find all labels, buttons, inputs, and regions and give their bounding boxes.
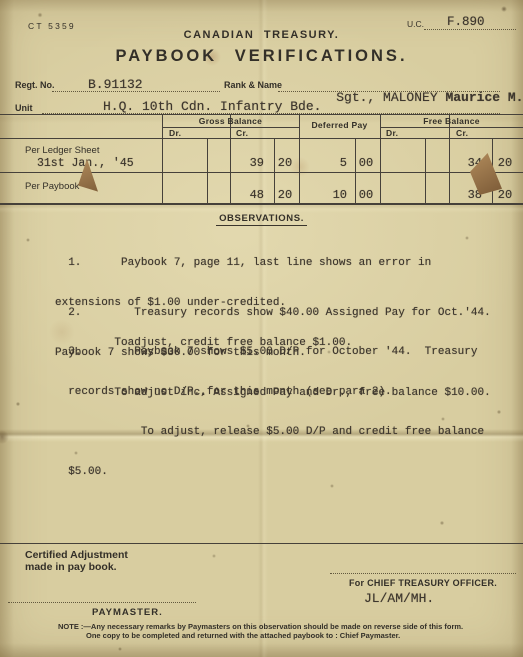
page-title: PAYBOOK VERIFICATIONS. [0, 47, 523, 66]
cell-free-cr-cents: 20 [494, 188, 516, 202]
cell-deferred-cents: 00 [357, 156, 375, 170]
observation-line: records show no D/P.,for this month (see… [55, 386, 484, 399]
cell-gross-cr-dollars: 48 [230, 188, 264, 202]
observation-paragraph-3: 3. Paybook 7 shows $5.00 D/P for October… [55, 319, 484, 507]
cell-free-cr-dollars: 38 [449, 188, 482, 202]
cell-deferred-dollars: 5 [299, 156, 347, 170]
table-line-header-bottom [0, 138, 523, 139]
observations-heading-wrap: OBSERVATIONS. [0, 208, 523, 226]
scanned-form: CT 5359 U.C. F.890 CANADIAN TREASURY. PA… [0, 0, 523, 657]
chief-officer-signature-line [330, 573, 516, 574]
cell-deferred-cents: 00 [357, 188, 375, 202]
table-border-bottom [0, 203, 523, 205]
observation-line: $5.00. [55, 466, 484, 479]
regt-no-label: Regt. No. [15, 80, 55, 90]
cell-gross-cr-cents: 20 [276, 188, 294, 202]
header-free-dr: Dr. [386, 128, 398, 138]
observations-heading: OBSERVATIONS. [216, 213, 307, 226]
cell-deferred-dollars: 10 [299, 188, 347, 202]
table-cents-divider [274, 138, 275, 204]
row-ledger-label: Per Ledger Sheet [25, 145, 99, 156]
observation-line: To adjust, release $5.00 D/P and credit … [55, 426, 484, 439]
header-free-balance: Free Balance [380, 116, 523, 126]
footer-divider [0, 543, 523, 544]
uc-value: F.890 [447, 15, 485, 29]
table-col-divider [162, 114, 163, 204]
regt-no-value: B.91132 [88, 77, 143, 92]
paymaster-signature-line [8, 602, 196, 603]
header-gross-dr: Dr. [169, 128, 181, 138]
rank-name-prefix: Sgt., MALONEY [336, 90, 445, 105]
certified-adjustment-line2: made in pay book. [25, 561, 117, 573]
table-border-top [0, 114, 523, 115]
row-paybook-label: Per Paybook [25, 181, 79, 192]
cell-gross-cr-dollars: 39 [230, 156, 264, 170]
header-gross-balance: Gross Balance [162, 116, 299, 126]
header-deferred-pay: Deferred Pay [299, 120, 380, 130]
table-col-divider [380, 114, 381, 204]
cell-free-cr-cents: 20 [494, 156, 516, 170]
table-cents-divider [355, 138, 356, 204]
table-line-free-header [380, 127, 523, 128]
table-line-row1-bottom [0, 172, 523, 173]
unit-label: Unit [15, 103, 33, 113]
header-free-cr: Cr. [456, 128, 468, 138]
observation-line: 3. Paybook 7 shows $5.00 D/P for October… [55, 346, 484, 359]
rank-name-label: Rank & Name [224, 80, 282, 90]
chief-officer-label: For CHIEF TREASURY OFFICER. [330, 578, 516, 588]
cell-gross-cr-cents: 20 [276, 156, 294, 170]
initials-value: JL/AM/MH. [364, 591, 434, 606]
note-line1: NOTE :—Any necessary remarks by Paymaste… [58, 622, 463, 631]
table-cents-divider [425, 138, 426, 204]
header-gross-cr: Cr. [236, 128, 248, 138]
unit-value: H.Q. 10th Cdn. Infantry Bde. [103, 99, 321, 114]
certified-adjustment-line1: Certified Adjustment [25, 549, 128, 561]
uc-label: U.C. [407, 19, 424, 29]
paymaster-label: PAYMASTER. [92, 607, 163, 618]
note-line2: One copy to be completed and returned wi… [86, 631, 400, 640]
observation-line: 1. Paybook 7, page 11, last line shows a… [55, 257, 431, 270]
rank-name-bold: Maurice M. [445, 90, 523, 105]
table-cents-divider [207, 138, 208, 204]
department-title: CANADIAN TREASURY. [0, 29, 523, 41]
